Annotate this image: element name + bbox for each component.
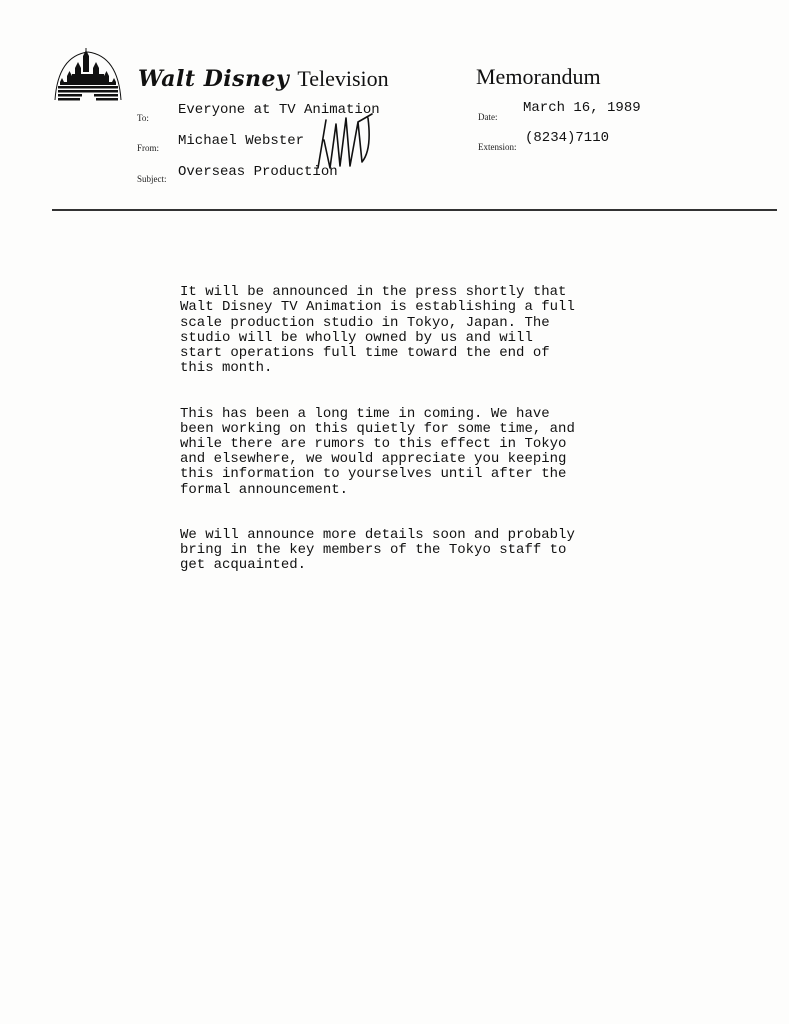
header-divider [52, 209, 777, 211]
castle-icon [52, 44, 124, 102]
to-label: To: [137, 113, 149, 123]
body-paragraph: It will be announced in the press shortl… [180, 285, 650, 376]
from-label: From: [137, 143, 159, 153]
body-paragraph: This has been a long time in coming. We … [180, 407, 650, 498]
walt-disney-logo-text: Walt Disney [138, 66, 289, 92]
document-type-title: Memorandum [476, 64, 601, 90]
subject-label: Subject: [137, 174, 167, 184]
letterhead-brand: Walt Disney Television [138, 66, 389, 96]
extension-label: Extension: [478, 142, 517, 152]
from-value: Michael Webster [178, 133, 304, 149]
memo-body: It will be announced in the press shortl… [180, 270, 650, 604]
date-label: Date: [478, 112, 498, 122]
division-name: Television [297, 66, 388, 92]
signature-initials-icon [312, 110, 382, 172]
extension-value: (8234)7110 [525, 130, 609, 146]
date-value: March 16, 1989 [523, 100, 641, 116]
body-paragraph: We will announce more details soon and p… [180, 528, 650, 574]
